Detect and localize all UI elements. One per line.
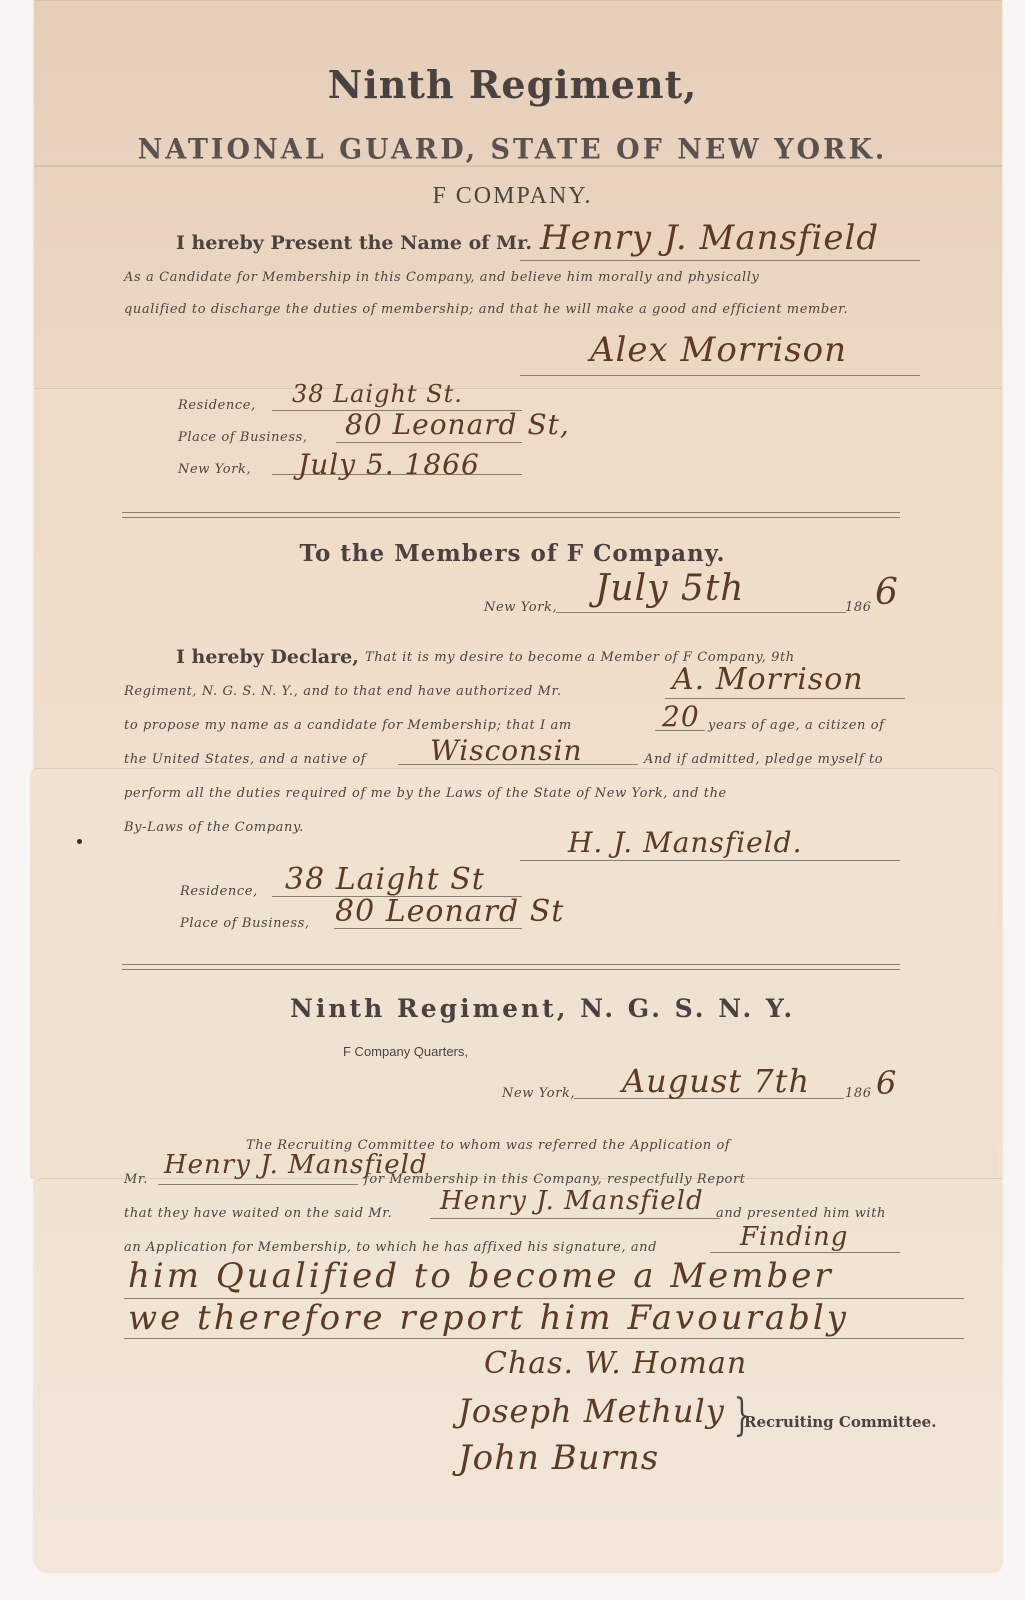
proposer-signature-line bbox=[520, 375, 920, 376]
report-heading: Ninth Regiment, N. G. S. N. Y. bbox=[290, 994, 795, 1023]
section-divider-2 bbox=[122, 964, 900, 970]
report-line-3b: and presented him with bbox=[716, 1206, 886, 1221]
header-subtitle: NATIONAL GUARD, STATE OF NEW YORK. bbox=[0, 133, 1025, 166]
committee-signature-3: John Burns bbox=[458, 1438, 659, 1478]
declaration-date-line bbox=[556, 612, 846, 613]
report-name-2: Henry J. Mansfield bbox=[440, 1186, 704, 1216]
business-value: 80 Leonard St, bbox=[345, 408, 570, 441]
report-quarters: F Company Quarters, bbox=[343, 1044, 468, 1059]
declaration-intro: I hereby Declare, bbox=[176, 646, 359, 668]
report-hand-line-2: we therefore report him Favourably bbox=[128, 1298, 849, 1338]
report-finding: Finding bbox=[740, 1222, 848, 1252]
declaration-line-3b: years of age, a citizen of bbox=[708, 718, 885, 733]
report-place: New York, bbox=[502, 1086, 575, 1101]
applicant-signature: H. J. Mansfield. bbox=[568, 826, 803, 859]
age-value: 20 bbox=[662, 700, 700, 733]
applicant-business-label: Place of Business, bbox=[180, 916, 310, 931]
report-line-4a: an Application for Membership, to which … bbox=[124, 1240, 657, 1255]
date-label: New York, bbox=[178, 462, 251, 477]
declaration-date: July 5th bbox=[595, 568, 744, 609]
proposer-signature: Alex Morrison bbox=[590, 330, 847, 370]
date-value: July 5. 1866 bbox=[298, 448, 480, 481]
declaration-line-6: By-Laws of the Company. bbox=[124, 820, 304, 835]
report-hand-line-1: him Qualified to become a Member bbox=[128, 1256, 834, 1296]
report-name1-line bbox=[158, 1184, 358, 1185]
candidate-name: Henry J. Mansfield bbox=[540, 218, 879, 258]
nomination-line-3: qualified to discharge the duties of mem… bbox=[124, 302, 848, 317]
business-label: Place of Business, bbox=[178, 430, 308, 445]
nomination-line-2: As a Candidate for Membership in this Co… bbox=[124, 270, 759, 285]
committee-signature-2: Joseph Methuly bbox=[458, 1392, 725, 1430]
report-name2-line bbox=[430, 1218, 720, 1219]
report-year-suffix: 6 bbox=[876, 1064, 897, 1102]
header-company: F COMPANY. bbox=[0, 183, 1025, 210]
report-line-2a: Mr. bbox=[124, 1172, 148, 1187]
committee-label: Recruiting Committee. bbox=[744, 1413, 936, 1431]
declaration-line-4a: the United States, and a native of bbox=[124, 752, 366, 767]
applicant-residence-value: 38 Laight St bbox=[285, 862, 485, 897]
applicant-business-value: 80 Leonard St bbox=[335, 894, 564, 929]
report-hand-line-2-rule bbox=[124, 1338, 964, 1339]
ink-spot bbox=[77, 839, 82, 844]
nomination-intro: I hereby Present the Name of Mr. bbox=[176, 232, 532, 254]
name-line bbox=[520, 260, 920, 261]
declaration-line-4b: And if admitted, pledge myself to bbox=[644, 752, 883, 767]
declaration-year-prefix: 186 bbox=[845, 600, 872, 615]
declaration-year-suffix: 6 bbox=[875, 572, 899, 613]
residence-value: 38 Laight St. bbox=[292, 380, 463, 408]
declaration-place: New York, bbox=[484, 600, 557, 615]
residence-label: Residence, bbox=[178, 398, 256, 413]
report-finding-line bbox=[710, 1252, 900, 1253]
declaration-line-5: perform all the duties required of me by… bbox=[124, 786, 727, 801]
declaration-heading: To the Members of F Company. bbox=[0, 540, 1025, 567]
fold-panel-2 bbox=[34, 388, 1002, 769]
applicant-signature-line bbox=[520, 860, 900, 861]
report-date: August 7th bbox=[622, 1062, 810, 1100]
section-divider bbox=[122, 512, 900, 518]
authorized-name: A. Morrison bbox=[672, 662, 864, 697]
native-of-value: Wisconsin bbox=[430, 734, 583, 767]
business-line bbox=[336, 442, 522, 443]
report-line-3a: that they have waited on the said Mr. bbox=[124, 1206, 392, 1221]
report-line-2b: for Membership in this Company, respectf… bbox=[364, 1172, 746, 1187]
declaration-line-3a: to propose my name as a candidate for Me… bbox=[124, 718, 572, 733]
report-year-prefix: 186 bbox=[845, 1086, 872, 1101]
applicant-residence-label: Residence, bbox=[180, 884, 258, 899]
declaration-line-2: Regiment, N. G. S. N. Y., and to that en… bbox=[124, 684, 562, 699]
authorized-name-line bbox=[665, 698, 905, 699]
header-title: Ninth Regiment, bbox=[0, 62, 1025, 107]
committee-signature-1: Chas. W. Homan bbox=[484, 1346, 747, 1381]
